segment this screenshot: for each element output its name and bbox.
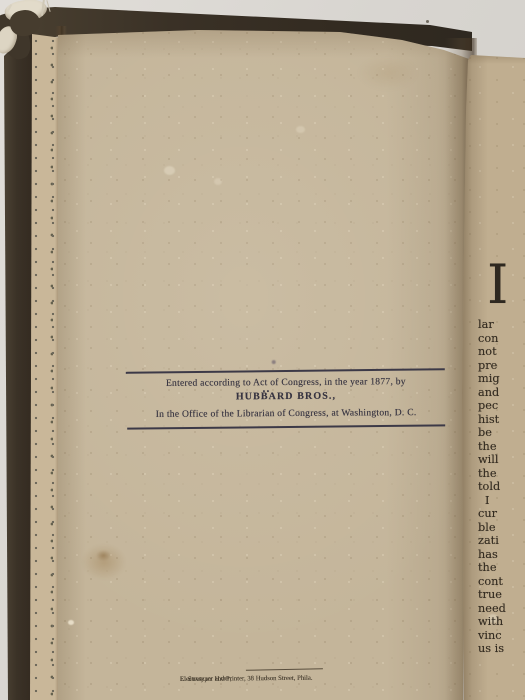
page-shading: [58, 28, 471, 700]
copyright-page: Entered according to Act of Congress, in…: [58, 28, 471, 700]
text-fragment-line: us is: [478, 642, 525, 656]
paper-fleck: [164, 166, 175, 175]
text-fragment-line: has: [478, 548, 525, 562]
text-fragment-line: be: [478, 426, 525, 440]
copyright-line-3: In the Office of the Librarian of Congre…: [124, 407, 448, 420]
text-fragment-line: cont: [478, 575, 525, 589]
copyright-line-1: Entered according to Act of Congress, in…: [124, 376, 448, 389]
background-speck: [426, 20, 429, 23]
text-fragment-line: mig: [478, 372, 525, 386]
text-fragment-line: need: [478, 602, 525, 616]
text-fragment-line: pre: [478, 359, 525, 373]
book-photo: Entered according to Act of Congress, in…: [0, 0, 525, 700]
paper-fleck: [214, 178, 222, 185]
text-fragment-line: true: [478, 588, 525, 602]
printer-details: Electrotyper and Printer, 38 Hudson Stre…: [180, 674, 313, 684]
text-fragment-line: vinc: [478, 629, 525, 643]
copyright-notice: Entered according to Act of Congress, in…: [124, 365, 448, 433]
text-fragment-line: and: [478, 386, 525, 400]
text-fragment-line: hist: [478, 413, 525, 427]
text-fragment-line: told: [478, 480, 525, 494]
printer-rule: [246, 668, 323, 671]
text-fragment-line: the: [478, 467, 525, 481]
text-fragment-line: con: [478, 332, 525, 346]
text-fragment-line: cur: [478, 507, 525, 521]
ink-speck: [272, 360, 276, 364]
top-rule: [126, 368, 445, 373]
text-fragment-line: pec: [478, 399, 525, 413]
paper-fleck: [296, 126, 305, 133]
text-fragment-line: I: [478, 494, 525, 508]
clipped-text-column: larconnotpremigandpechistbethewillthetol…: [478, 318, 525, 656]
printer-imprint: E. Stanley Hart, Electrotyper and Printe…: [180, 665, 390, 693]
text-fragment-line: ble: [478, 521, 525, 535]
ink-speck: [263, 390, 265, 392]
text-fragment-line: not: [478, 345, 525, 359]
text-fragment-line: the: [478, 440, 525, 454]
text-fragment-line: with: [478, 615, 525, 629]
text-fragment-line: zati: [478, 534, 525, 548]
publisher-name: HUBBARD BROS.,: [124, 390, 448, 403]
text-fragment-line: lar: [478, 318, 525, 332]
stain: [96, 550, 111, 561]
bottom-rule: [127, 424, 445, 429]
printer-imprint-text: E. Stanley Hart, Electrotyper and Printe…: [180, 673, 390, 675]
stain: [358, 56, 418, 90]
text-fragment-line: the: [478, 561, 525, 575]
next-page-edge: I larconnotpremigandpechistbethewillthet…: [462, 52, 525, 700]
paper-fleck: [68, 620, 74, 625]
chapter-drop-cap: I: [487, 262, 508, 308]
text-fragment-line: will: [478, 453, 525, 467]
